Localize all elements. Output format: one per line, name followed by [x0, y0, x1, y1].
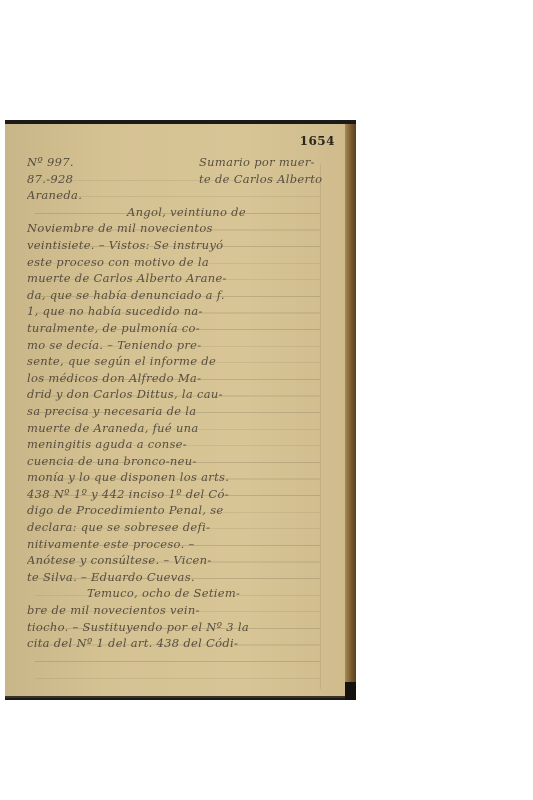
text-line: drid y don Carlos Dittus, la cau-	[27, 386, 327, 403]
text-line: tiocho. – Sustituyendo por el Nº 3 la	[27, 619, 327, 636]
case-title-line-2: te de Carlos Alberto	[199, 171, 322, 188]
text-line: cita del Nº 1 del art. 438 del Códi-	[27, 635, 327, 652]
spine-shadow	[345, 682, 356, 700]
text-line: te Silva. – Eduardo Cuevas.	[27, 569, 327, 586]
text-line: los médicos don Alfredo Ma-	[27, 370, 327, 387]
header-row-2: 87.-928 te de Carlos Alberto	[27, 171, 327, 188]
text-line: 438 Nº 1º y 442 inciso 1º del Có-	[27, 486, 327, 503]
header-row-3: Araneda.	[27, 187, 327, 204]
text-line: bre de mil novecientos vein-	[27, 602, 327, 619]
text-line: Noviembre de mil novecientos	[27, 220, 327, 237]
text-line: turalmente, de pulmonía co-	[27, 320, 327, 337]
text-line: da, que se había denunciado a f.	[27, 287, 327, 304]
text-line: cuencia de una bronco-neu-	[27, 453, 327, 470]
text-line: declara: que se sobresee defi-	[27, 519, 327, 536]
ledger-page: 1654 Nº 997. Sumario por muer- 87.-928 t…	[5, 124, 345, 698]
text-line: monía y lo que disponen los arts.	[27, 469, 327, 486]
text-line: 1, que no había sucedido na-	[27, 303, 327, 320]
text-line: digo de Procedimiento Penal, se	[27, 502, 327, 519]
case-number: Nº 997.	[27, 154, 74, 171]
book-spine	[345, 124, 356, 700]
text-line: nitivamente este proceso. –	[27, 536, 327, 553]
case-surname: Araneda.	[27, 187, 82, 204]
header-row-1: Nº 997. Sumario por muer-	[27, 154, 327, 171]
handwritten-text-block: Nº 997. Sumario por muer- 87.-928 te de …	[27, 154, 327, 652]
text-line: sente, que según el informe de	[27, 353, 327, 370]
text-line: Anótese y consúltese. – Vicen-	[27, 552, 327, 569]
scanned-page-frame: 1654 Nº 997. Sumario por muer- 87.-928 t…	[5, 120, 356, 700]
text-line: mo se decía. – Teniendo pre-	[27, 337, 327, 354]
case-reference: 87.-928	[27, 171, 73, 188]
text-line: sa precisa y necesaria de la	[27, 403, 327, 420]
text-line: meningitis aguda a conse-	[27, 436, 327, 453]
text-line: este proceso con motivo de la	[27, 254, 327, 271]
page-bottom-edge	[5, 696, 345, 698]
text-line: muerte de Carlos Alberto Arane-	[27, 270, 327, 287]
text-line: muerte de Araneda, fué una	[27, 420, 327, 437]
text-line: Temuco, ocho de Setiem-	[27, 585, 327, 602]
page-number: 1654	[300, 134, 335, 148]
text-line: Angol, veintiuno de	[27, 204, 327, 221]
case-title-line-1: Sumario por muer-	[199, 154, 315, 171]
text-line: veintisiete. – Vistos: Se instruyó	[27, 237, 327, 254]
